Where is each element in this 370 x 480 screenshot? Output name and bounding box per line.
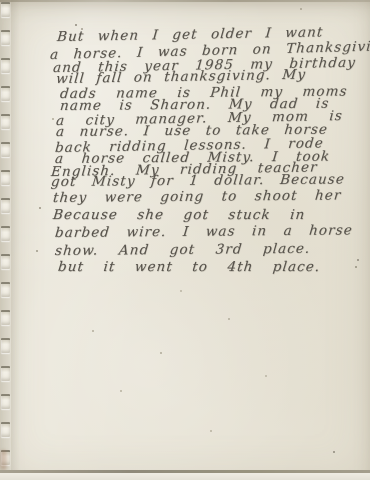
binding-hole [1, 170, 10, 185]
binding-hole [1, 366, 10, 381]
binding-hole [1, 114, 10, 129]
binding-hole [1, 86, 10, 101]
binding-hole [1, 2, 10, 17]
binding-holes-strip [0, 0, 22, 480]
binding-hole [1, 394, 10, 409]
page-top-edge [0, 0, 370, 2]
scan-background-strip [0, 473, 370, 480]
notebook-page: But when I get older I wanta horse. I wa… [0, 0, 370, 480]
binding-hole [1, 142, 10, 157]
binding-hole [1, 226, 10, 241]
binding-hole [1, 338, 10, 353]
binding-hole [1, 310, 10, 325]
binding-hole [1, 282, 10, 297]
binding-hole [1, 30, 10, 45]
binding-hole [1, 198, 10, 213]
handwritten-line: barbed wire. I was in a horse [54, 224, 353, 240]
handwritten-line: show. And got 3rd place. [54, 243, 311, 258]
binding-hole [1, 422, 10, 437]
handwritten-line: they were going to shoot her [52, 189, 342, 205]
handwritten-line: Because she got stuck in [52, 209, 306, 222]
handwritten-line: but it went to 4th place. [57, 261, 321, 274]
handwritten-line: got Misty for 1 dollar. Because [50, 173, 345, 189]
handwritten-text-block: But when I get older I wanta horse. I wa… [0, 0, 370, 480]
binding-hole [1, 58, 10, 73]
corner-smudge [0, 450, 7, 470]
binding-hole [1, 254, 10, 269]
